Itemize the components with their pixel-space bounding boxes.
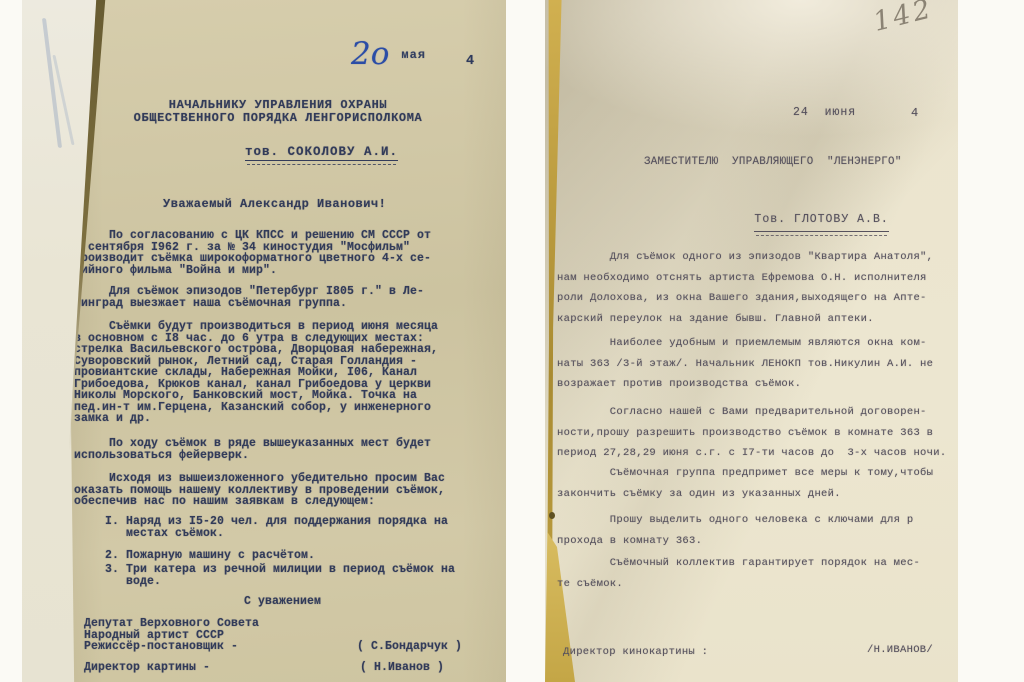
handwritten-day: 2о [351,36,389,72]
left-list-item-3: 3. Три катера из речной милиции в период… [105,564,455,587]
right-recipient-heading: ЗАМЕСТИТЕЛЮ УПРАВЛЯЮЩЕГО "ЛЕНЭНЕРГО" [644,152,902,173]
left-paragraph-1: По согласованию с ЦК КПСС и решению СМ С… [74,230,431,276]
left-sign-role-1: Режиссёр-постановщик - [84,641,238,653]
left-recipient-name-text: тов. СОКОЛОВУ А.И. [245,145,398,161]
right-sign-role: Директор кинокартины : [563,642,708,663]
archive-scan: 2омая 4 НАЧАЛЬНИКУ УПРАВЛЕНИЯ ОХРАНЫ ОБЩ… [0,0,1024,682]
left-closing: С уважением [244,596,321,608]
right-recipient-name: Тов. ГЛОТОВУ А.В. [707,189,889,253]
right-paragraph-4: Съёмочная группа предпримет все меры к т… [557,463,933,504]
left-paragraph-5: Исходя из вышеизложенного убедительно пр… [74,473,445,508]
right-paragraph-6: Съёмочный коллектив гарантирует порядок … [557,553,920,594]
left-date: 2омая [351,36,426,72]
left-paragraph-2: Для съёмок эпизодов "Петербург I805 г." … [74,286,424,309]
left-paragraph-3: Съёмки будут производиться в период июня… [74,321,438,425]
binding-pin [549,512,555,519]
right-page-number: 4 [911,103,919,124]
right-date: 24 июня [793,103,856,124]
left-signoff-titles: Депутат Верховного Совета Народный артис… [84,618,259,641]
date-month: мая [401,48,426,62]
right-paragraph-2: Наиболее удобным и приемлемым являются о… [557,333,933,395]
left-recipient-name: тов. СОКОЛОВУ А.И. [245,145,398,161]
right-paragraph-5: Прошу выделить одного человека с ключами… [557,510,913,551]
right-sign-name: /Н.ИВАНОВ/ [867,640,933,661]
left-salutation: Уважаемый Александр Иванович! [163,197,386,211]
left-page-number: 4 [466,54,474,69]
left-sign-name-1: ( С.Бондарчук ) [357,641,462,653]
left-list-item-2: 2. Пожарную машину с расчётом. [105,550,315,562]
left-sign-role-2: Директор картины - [84,662,210,674]
right-recipient-name-text: Тов. ГЛОТОВУ А.В. [754,210,888,233]
document-right: 142 24 июня 4 ЗАМЕСТИТЕЛЮ УПРАВЛЯЮЩЕГО "… [545,0,958,682]
left-recipient-heading: НАЧАЛЬНИКУ УПРАВЛЕНИЯ ОХРАНЫ ОБЩЕСТВЕННО… [90,99,466,125]
left-paragraph-4: По ходу съёмок в ряде вышеуказанных мест… [74,438,431,461]
left-sign-name-2: ( Н.Иванов ) [360,662,444,674]
left-paper: 2омая 4 НАЧАЛЬНИКУ УПРАВЛЕНИЯ ОХРАНЫ ОБЩ… [68,0,506,682]
document-left: 2омая 4 НАЧАЛЬНИКУ УПРАВЛЕНИЯ ОХРАНЫ ОБЩ… [22,0,506,682]
right-paragraph-3: Согласно нашей с Вами предварительной до… [557,402,946,464]
right-paragraph-1: Для съёмок одного из эпизодов "Квартира … [557,247,933,329]
handwritten-folio-number: 142 [870,0,936,38]
left-list-item-1: I. Наряд из I5-20 чел. для поддержания п… [105,516,448,539]
